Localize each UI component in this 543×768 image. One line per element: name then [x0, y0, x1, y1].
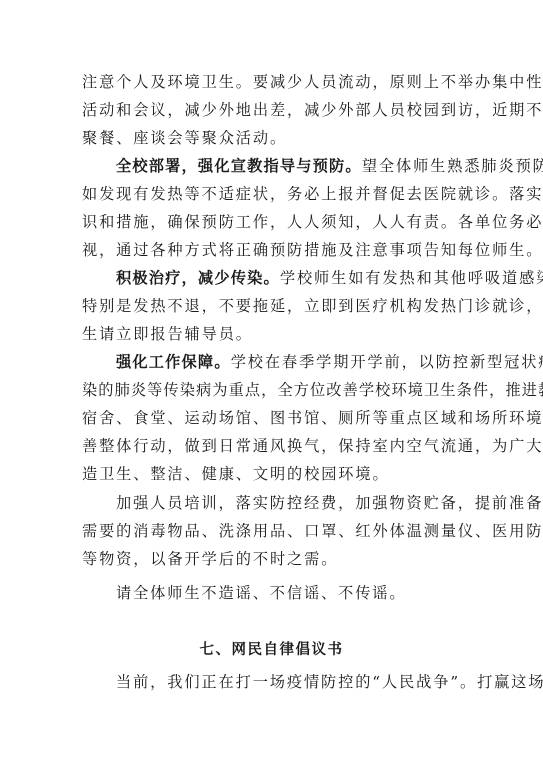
- paragraph-text: 学校师生如有发热和其他呼吸道感染症状，: [280, 269, 543, 287]
- paragraph-line: 注意个人及环境卫生。要减少人员流动，原则上不举办集中性的大型: [82, 68, 462, 96]
- paragraph-line: 善整体行动，做到日常通风换气，保持室内空气流通，为广大师生创: [82, 432, 462, 460]
- paragraph-first-line: 加强人员培训，落实防控经费，加强物资贮备，提前准备防控所: [116, 489, 462, 517]
- paragraph-line: 识和措施，确保预防工作，人人须知，人人有责。各单位务必高度重: [82, 208, 462, 236]
- paragraph-line: 需要的消毒物品、洗涤用品、口罩、红外体温测量仪、医用防护服装: [82, 517, 462, 545]
- paragraph-line: 特别是发热不退，不要拖延，立即到医疗机构发热门诊就诊，患病学: [82, 292, 462, 320]
- paragraph-first-line: 积极治疗，减少传染。学校师生如有发热和其他呼吸道感染症状，: [116, 264, 462, 292]
- paragraph-line: 聚餐、座谈会等聚众活动。: [82, 124, 462, 152]
- section-first-line: 当前，我们正在打一场疫情防控的“人民战争”。打赢这场战争，: [116, 668, 462, 696]
- paragraph-line: 宿舍、食堂、运动场馆、图书馆、厕所等重点区域和场所环境卫生改: [82, 404, 462, 432]
- paragraph-first-line: 全校部署，强化宣教指导与预防。望全体师生熟悉肺炎预防措施，: [116, 152, 462, 180]
- paragraph-lead-bold: 全校部署，强化宣教指导与预防。: [116, 157, 362, 175]
- paragraph-lead-bold: 强化工作保障。: [116, 353, 231, 371]
- paragraph-line: 视，通过各种方式将正确预防措施及注意事项告知每位师生。: [82, 236, 462, 264]
- paragraph-line: 染的肺炎等传染病为重点，全方位改善学校环境卫生条件，推进教室、: [82, 376, 462, 404]
- paragraph-line: 造卫生、整洁、健康、文明的校园环境。: [82, 460, 462, 488]
- paragraph-line: 等物资，以备开学后的不时之需。: [82, 545, 462, 573]
- paragraph-text: 望全体师生熟悉肺炎预防措施，: [362, 157, 543, 175]
- paragraph-line: 活动和会议，减少外地出差，减少外部人员校园到访，近期不要组织: [82, 96, 462, 124]
- document-page: 注意个人及环境卫生。要减少人员流动，原则上不举办集中性的大型 活动和会议，减少外…: [0, 0, 543, 768]
- paragraph-first-line: 请全体师生不造谣、不信谣、不传谣。: [116, 579, 462, 607]
- paragraph-lead-bold: 积极治疗，减少传染。: [116, 269, 280, 287]
- paragraph-line: 生请立即报告辅导员。: [82, 320, 462, 348]
- paragraph-line: 如发现有发热等不适症状，务必上报并督促去医院就诊。落实预防知: [82, 180, 462, 208]
- paragraph-text: 学校在春季学期开学前，以防控新型冠状病毒感: [231, 353, 543, 371]
- paragraph-first-line: 强化工作保障。学校在春季学期开学前，以防控新型冠状病毒感: [116, 348, 462, 376]
- section-heading: 七、网民自律倡议书: [0, 636, 543, 664]
